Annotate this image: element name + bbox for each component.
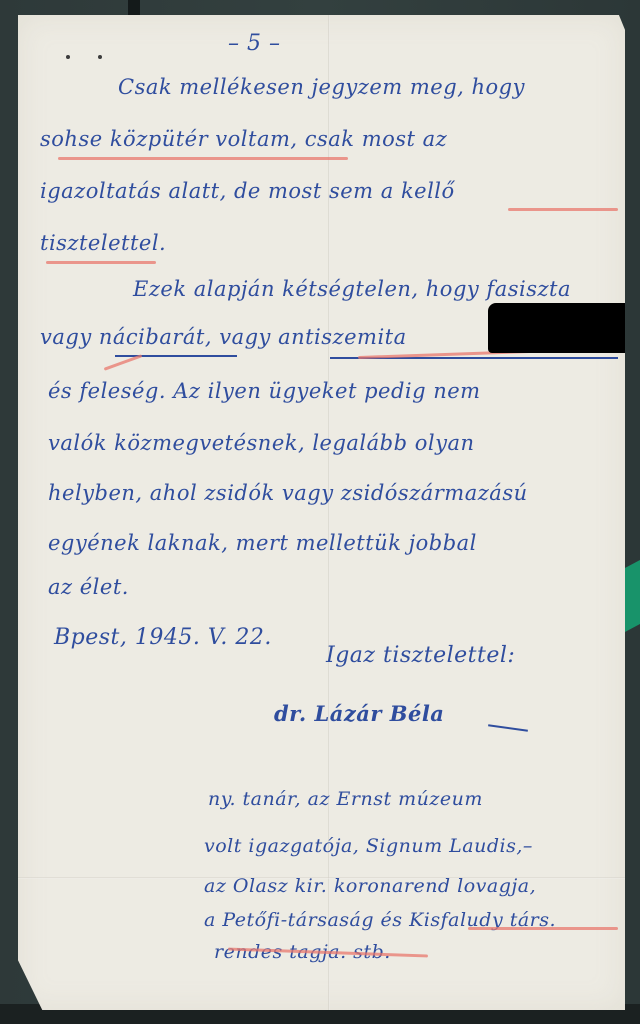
signature-flourish: [488, 724, 528, 732]
red-underline: [468, 927, 618, 930]
body-line-3: igazoltatás alatt, de most sem a kellő: [40, 181, 455, 202]
vertical-fold-line: [328, 15, 330, 1010]
body-line-11: az élet.: [48, 577, 129, 598]
place-date: Bpest, 1945. V. 22.: [54, 627, 272, 649]
body-line-10: egyének laknak, mert mellettük jobbal: [48, 533, 477, 554]
letter-page: – 5 – Csak mellékesen jegyzem meg, hogy …: [18, 15, 625, 1010]
signature: dr. Lázár Béla: [274, 703, 444, 724]
page-number: – 5 –: [228, 33, 280, 55]
body-line-7: és feleség. Az ilyen ügyeket pedig nem: [48, 381, 481, 402]
body-line-2: sohse közpütér voltam, csak most az: [40, 129, 447, 150]
body-line-1: Csak mellékesen jegyzem meg, hogy: [118, 77, 525, 98]
red-underline: [508, 208, 618, 211]
body-line-5: Ezek alapján kétségtelen, hogy fasiszta: [133, 279, 571, 300]
red-underline: [46, 261, 156, 264]
credential-line-1: ny. tanár, az Ernst múzeum: [208, 790, 483, 809]
redaction-box: [488, 303, 638, 353]
body-line-6: vagy nácibarát, vagy antiszemita: [40, 327, 407, 348]
credential-line-2: volt igazgatója, Signum Laudis,–: [204, 837, 533, 856]
body-line-4: tisztelettel.: [40, 233, 166, 254]
body-line-8: valók közmegvetésnek, legalább olyan: [48, 433, 475, 454]
credential-line-3: az Olasz kir. koronarend lovagja,: [204, 877, 536, 896]
closing-salutation: Igaz tisztelettel:: [326, 645, 515, 667]
binder-strip: [128, 0, 140, 16]
punch-holes: [66, 55, 106, 61]
body-line-9: helyben, ahol zsidók vagy zsidószármazás…: [48, 483, 528, 504]
red-underline: [58, 157, 348, 160]
